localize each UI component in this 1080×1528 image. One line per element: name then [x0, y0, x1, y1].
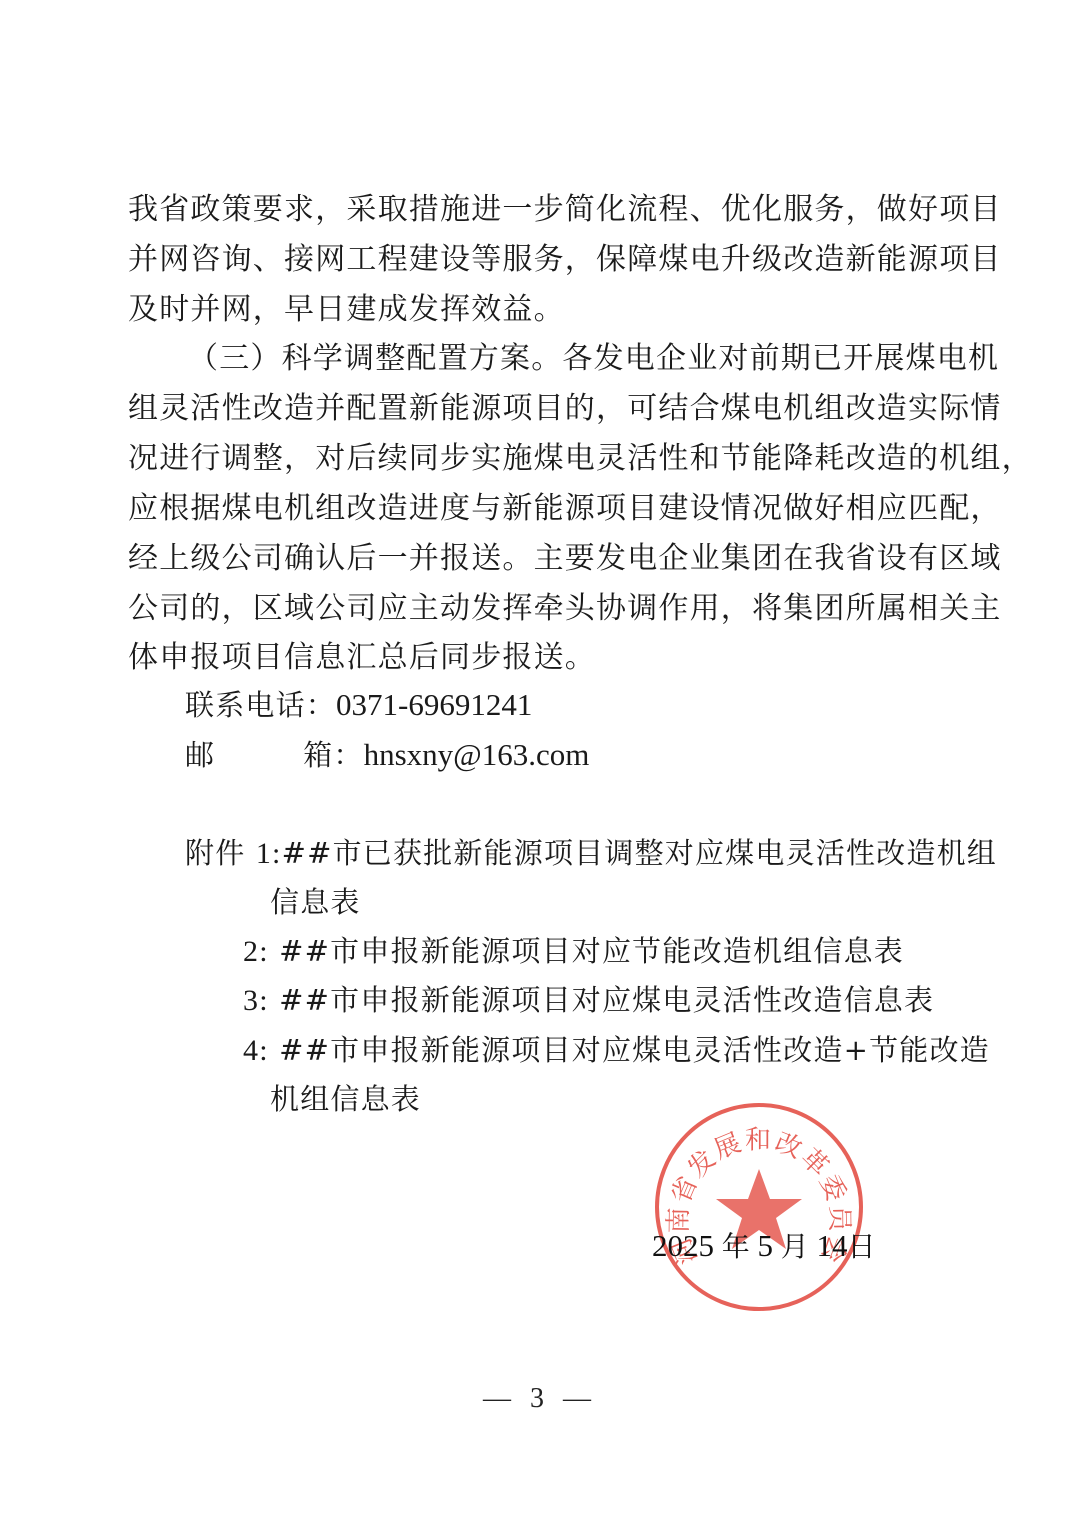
contact-phone-row: 联系电话：0371-69691241	[185, 680, 1015, 730]
attachment-2: 2: ##市申报新能源项目对应节能改造机组信息表	[243, 926, 1073, 977]
attachment-1-line-1: 附件 1:##市已获批新能源项目调整对应煤电灵活性改造机组	[185, 828, 1015, 879]
paragraph-1-line-3: 及时并网，早日建成发挥效益。	[128, 285, 958, 335]
paragraph-1-line-2: 并网咨询、接网工程建设等服务，保障煤电升级改造新能源项目	[128, 235, 958, 285]
contact-email-row: 邮箱：hnsxny@163.com	[185, 730, 1015, 780]
attachment-2-title: ##市申报新能源项目对应节能改造机组信息表	[279, 934, 904, 968]
attachment-1-line-2: 信息表	[270, 877, 1080, 927]
attachment-1-number: 1:	[256, 837, 282, 870]
paragraph-1-line-1: 我省政策要求，采取措施进一步简化流程、优化服务，做好项目	[128, 185, 958, 235]
seal-star-icon: 河南省发展和改革委员会	[659, 1107, 859, 1307]
attachment-4-title: ##市申报新能源项目对应煤电灵活性改造+节能改造	[279, 1033, 990, 1067]
date-day-unit: 日	[848, 1230, 876, 1263]
paragraph-2-line-4: 应根据煤电机组改造进度与新能源项目建设情况做好相应匹配，	[128, 484, 958, 534]
date-month-unit: 月	[781, 1230, 809, 1263]
attachment-4-line-1: 4: ##市申报新能源项目对应煤电灵活性改造+节能改造	[243, 1025, 1073, 1076]
attachment-1-title: ##市已获批新能源项目调整对应煤电灵活性改造机组	[282, 836, 997, 870]
paragraph-2-line-6: 公司的，区域公司应主动发挥牵头协调作用，将集团所属相关主	[128, 584, 958, 634]
phone-number: 0371-69691241	[336, 687, 532, 722]
paragraph-2-line-7: 体申报项目信息汇总后同步报送。	[128, 633, 958, 683]
attachment-3-title: ##市申报新能源项目对应煤电灵活性改造信息表	[279, 983, 934, 1017]
date-day: 14	[817, 1228, 848, 1263]
attachment-3: 3: ##市申报新能源项目对应煤电灵活性改造信息表	[243, 975, 1073, 1026]
attachment-prefix: 附件	[185, 836, 245, 870]
attachment-4-number: 4:	[243, 1034, 269, 1067]
paragraph-2-line-1: （三）科学调整配置方案。各发电企业对前期已开展煤电机	[188, 334, 958, 384]
paragraph-2-line-3: 况进行调整，对后续同步实施煤电灵活性和节能降耗改造的机组，	[128, 434, 958, 484]
email-label-char-2: 箱：	[303, 738, 363, 772]
date-month: 5	[758, 1228, 774, 1263]
email-label-char-1: 邮	[185, 738, 215, 772]
document-date: 2025 年 5 月 14日	[652, 1222, 876, 1271]
paragraph-2-line-2: 组灵活性改造并配置新能源项目的，可结合煤电机组改造实际情	[128, 384, 958, 434]
paragraph-2-line-5: 经上级公司确认后一并报送。主要发电企业集团在我省设有区域	[128, 534, 958, 584]
official-seal: 河南省发展和改革委员会	[655, 1103, 863, 1311]
date-year-unit: 年	[722, 1230, 750, 1263]
page-number: — 3 —	[0, 1383, 1080, 1415]
date-year: 2025	[652, 1228, 714, 1263]
phone-label: 联系电话：	[185, 688, 336, 722]
email-address: hnsxny@163.com	[364, 737, 590, 772]
attachment-2-number: 2:	[243, 935, 269, 968]
attachment-3-number: 3:	[243, 984, 269, 1017]
